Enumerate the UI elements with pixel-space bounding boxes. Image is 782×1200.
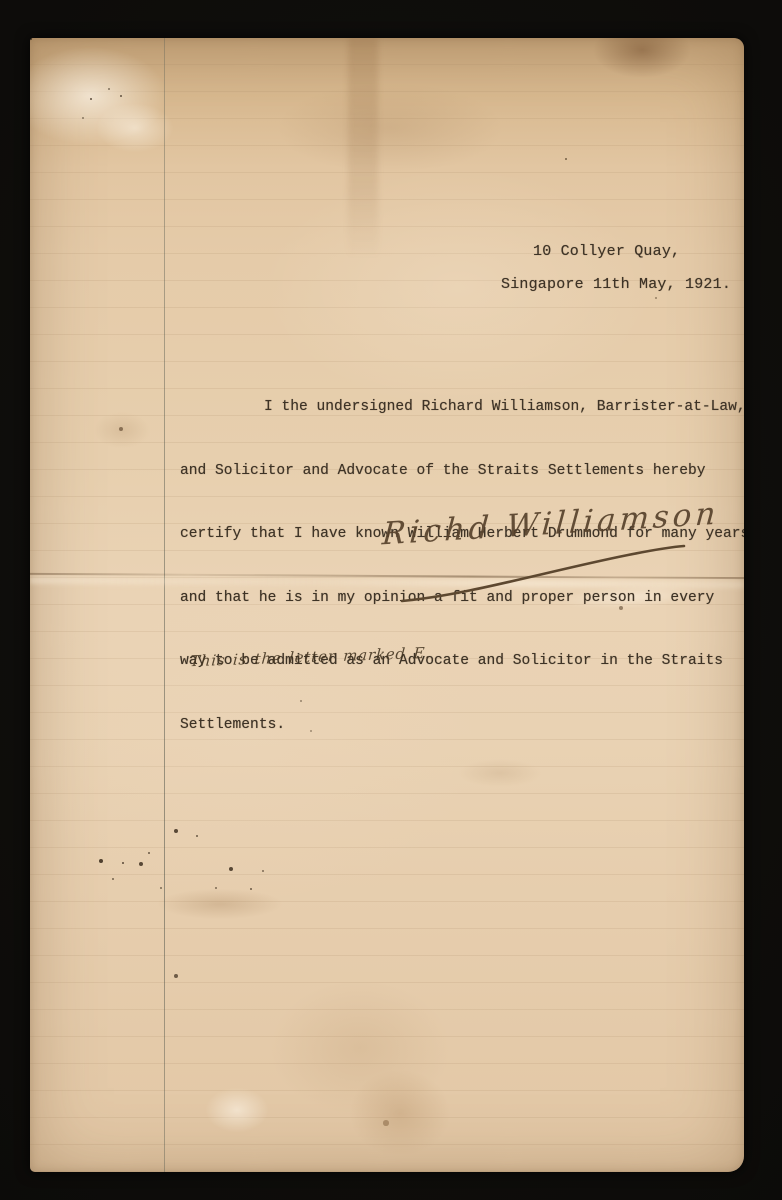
letter-paper: 10 Collyer Quay, Singapore 11th May, 192…	[30, 38, 744, 1172]
signature-underline-flourish	[398, 541, 690, 607]
top-fold-streak	[348, 38, 378, 258]
ink-specks	[30, 38, 32, 40]
body-line: Settlements.	[180, 710, 744, 742]
body-line: and Solicitor and Advocate of the Strait…	[180, 456, 744, 488]
address-line: 10 Collyer Quay,	[533, 243, 680, 260]
date-line: Singapore 11th May, 1921.	[501, 276, 731, 293]
vertical-fold-line	[164, 38, 165, 1172]
body-line: I the undersigned Richard Williamson, Ba…	[180, 392, 744, 424]
scan-background: 10 Collyer Quay, Singapore 11th May, 192…	[0, 0, 782, 1200]
